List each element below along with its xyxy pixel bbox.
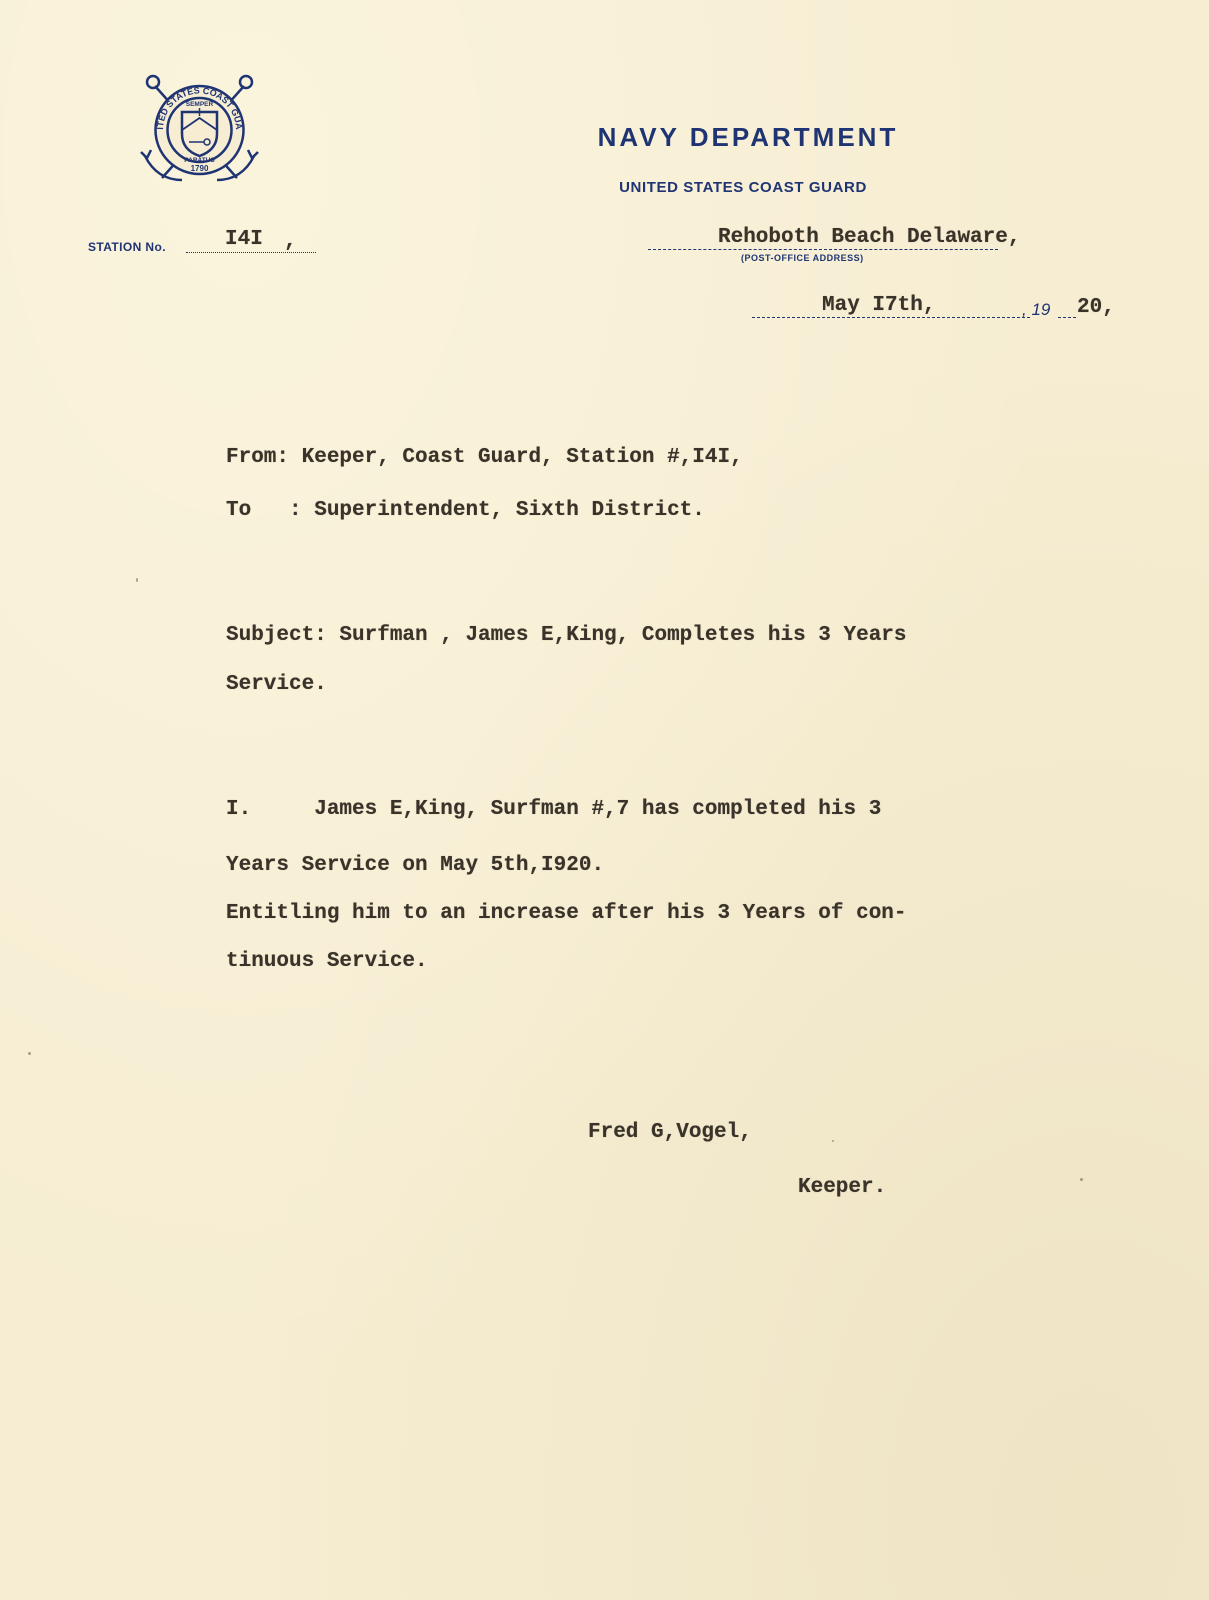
date-century: , 19 [1022, 300, 1050, 320]
coast-guard-seal-icon: UNITED STATES COAST GUARD SEMPER PARATUS… [137, 68, 262, 193]
paragraph-line-4: tinuous Service. [226, 950, 428, 973]
paper-speck [1080, 1178, 1083, 1181]
station-trailing-comma: , [284, 230, 297, 253]
paper-speck [28, 1052, 31, 1055]
signature-name: Fred G,Vogel, [588, 1121, 752, 1144]
paragraph-line-1: I. James E,King, Surfman #,7 has complet… [226, 798, 881, 821]
letterhead-title: NAVY DEPARTMENT [558, 122, 938, 153]
date-separator: , [1022, 300, 1027, 319]
memo-subject-line-1: Subject: Surfman , James E,King, Complet… [226, 624, 907, 647]
svg-text:PARATUS: PARATUS [184, 157, 215, 164]
date-day: May I7th, [822, 294, 935, 317]
svg-text:SEMPER: SEMPER [186, 101, 214, 108]
letterhead-subtitle: UNITED STATES COAST GUARD [578, 179, 908, 196]
post-office-address: Rehoboth Beach Delaware, [718, 226, 1020, 249]
date-century-digits: 19 [1031, 300, 1050, 319]
svg-text:1790: 1790 [191, 164, 209, 173]
paragraph-line-3: Entitling him to an increase after his 3… [226, 902, 907, 925]
memo-from: From: Keeper, Coast Guard, Station #,I4I… [226, 446, 743, 469]
address-fill-line [648, 249, 998, 250]
paragraph-line-2: Years Service on May 5th,I920. [226, 854, 604, 877]
letter-paper: UNITED STATES COAST GUARD SEMPER PARATUS… [0, 0, 1209, 1600]
date-fill-line [752, 317, 1030, 318]
date-year: 20, [1077, 296, 1115, 319]
station-number: I4I [225, 228, 263, 251]
paper-speck [136, 578, 138, 582]
memo-to: To : Superintendent, Sixth District. [226, 499, 705, 522]
station-label: STATION No. [88, 240, 166, 254]
signature-title: Keeper. [798, 1176, 886, 1199]
paper-speck [832, 1140, 834, 1142]
year-fill-line [1058, 317, 1076, 318]
address-caption: (POST-OFFICE ADDRESS) [741, 253, 864, 263]
memo-subject-line-2: Service. [226, 673, 327, 696]
